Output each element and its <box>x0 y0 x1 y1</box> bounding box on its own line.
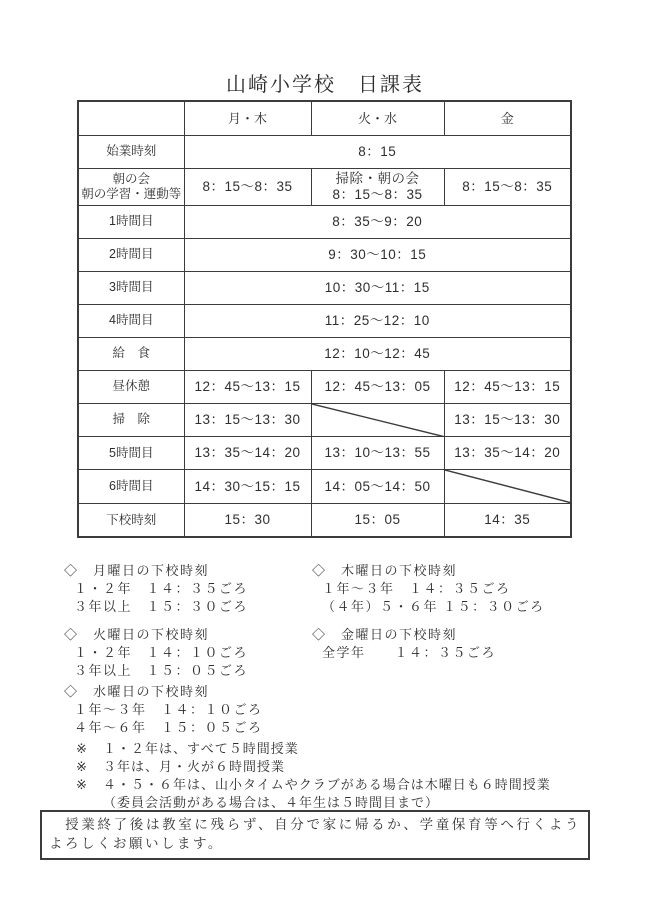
time-cell: 8：15 <box>184 135 571 168</box>
col-header-fri: 金 <box>444 101 571 135</box>
note-line: 全学年 １４：３５ごろ <box>312 644 496 662</box>
time-cell: 11：25～12：10 <box>184 304 571 337</box>
remark-text: １・２年は、すべて５時間授業 <box>103 740 551 758</box>
table-row: 昼休憩 12：45～13：15 12：45～13：05 12：45～13：15 <box>78 370 571 403</box>
note-title: ◇ 木曜日の下校時刻 <box>312 562 545 580</box>
time-cell: 8：15～8：35 <box>444 168 571 205</box>
remark-item: ※ ４・５・６年は、山小タイムやクラブがある場合は木曜日も６時間授業 <box>76 776 551 794</box>
time-cell: 15：05 <box>311 503 444 537</box>
time-cell: 13：15～13：30 <box>184 403 311 437</box>
time-cell: 12：45～13：05 <box>311 370 444 403</box>
schedule-table: 月・木 火・水 金 始業時刻 8：15 朝の会 朝の学習・運動等 8：15～8：… <box>77 100 572 538</box>
dismissal-note-monday: ◇ 月曜日の下校時刻 １・２年 １４：３５ごろ ３年以上 １５：３０ごろ <box>64 562 248 616</box>
crossed-out-cell <box>444 470 571 504</box>
table-row: 6時間目 14：30～15：15 14：05～14：50 <box>78 470 571 504</box>
table-row: 給 食 12：10～12：45 <box>78 337 571 370</box>
table-row: 3時間目 10：30～11：15 <box>78 271 571 304</box>
time-cell: 掃除・朝の会 8：15～8：35 <box>311 168 444 205</box>
row-label: 2時間目 <box>78 238 184 271</box>
time-cell: 9：30～10：15 <box>184 238 571 271</box>
note-line: ４年～６年 １５：０５ごろ <box>64 719 263 737</box>
remarks-list: ※ １・２年は、すべて５時間授業 ※ ３年は、月・火が６時間授業 ※ ４・５・６… <box>76 740 551 812</box>
row-label: 掃 除 <box>78 403 184 437</box>
note-line: １年～３年 １４：１０ごろ <box>64 701 263 719</box>
remark-bullet: ※ <box>76 758 103 776</box>
page: 山崎小学校 日課表 月・木 火・水 金 始業時刻 8：15 朝の会 朝の学習・運… <box>0 0 650 919</box>
remark-item: ※ ３年は、月・火が６時間授業 <box>76 758 551 776</box>
table-header-row: 月・木 火・水 金 <box>78 101 571 135</box>
notice-text: 授業終了後は教室に残らず、自分で家に帰るか、学童保育等へ行くようよろしくお願いし… <box>49 817 581 851</box>
col-header-tue-wed: 火・水 <box>311 101 444 135</box>
note-line: ３年以上 １５：３０ごろ <box>64 598 248 616</box>
col-header-mon-thu: 月・木 <box>184 101 311 135</box>
notice-box: 授業終了後は教室に残らず、自分で家に帰るか、学童保育等へ行くようよろしくお願いし… <box>40 810 590 860</box>
row-label: 6時間目 <box>78 470 184 504</box>
table-row: 5時間目 13：35～14：20 13：10～13：55 13：35～14：20 <box>78 437 571 470</box>
time-cell: 14：05～14：50 <box>311 470 444 504</box>
row-label: 1時間目 <box>78 205 184 238</box>
time-cell: 14：35 <box>444 503 571 537</box>
table-row: 2時間目 9：30～10：15 <box>78 238 571 271</box>
diagonal-line-icon <box>445 470 571 503</box>
note-title: ◇ 月曜日の下校時刻 <box>64 562 248 580</box>
row-label: 5時間目 <box>78 437 184 470</box>
diagonal-line-icon <box>312 404 444 437</box>
time-cell: 15：30 <box>184 503 311 537</box>
note-title: ◇ 金曜日の下校時刻 <box>312 626 496 644</box>
time-cell: 12：45～13：15 <box>184 370 311 403</box>
time-cell: 13：35～14：20 <box>184 437 311 470</box>
dismissal-note-friday: ◇ 金曜日の下校時刻 全学年 １４：３５ごろ <box>312 626 496 662</box>
note-line: （４年）５・６年 １５：３０ごろ <box>312 598 545 616</box>
row-label: 4時間目 <box>78 304 184 337</box>
note-title: ◇ 水曜日の下校時刻 <box>64 683 263 701</box>
remark-bullet: ※ <box>76 776 103 794</box>
time-cell: 12：45～13：15 <box>444 370 571 403</box>
dismissal-note-tuesday: ◇ 火曜日の下校時刻 １・２年 １４：１０ごろ ３年以上 １５：０５ごろ <box>64 626 248 680</box>
remark-item: ※ １・２年は、すべて５時間授業 <box>76 740 551 758</box>
dismissal-note-wednesday: ◇ 水曜日の下校時刻 １年～３年 １４：１０ごろ ４年～６年 １５：０５ごろ <box>64 683 263 737</box>
time-cell: 12：10～12：45 <box>184 337 571 370</box>
time-cell: 8：15～8：35 <box>184 168 311 205</box>
row-label: 3時間目 <box>78 271 184 304</box>
row-label: 朝の会 朝の学習・運動等 <box>78 168 184 205</box>
time-cell: 13：35～14：20 <box>444 437 571 470</box>
table-row: 掃 除 13：15～13：30 13：15～13：30 <box>78 403 571 437</box>
table-row: 始業時刻 8：15 <box>78 135 571 168</box>
row-label: 給 食 <box>78 337 184 370</box>
table-row: 朝の会 朝の学習・運動等 8：15～8：35 掃除・朝の会 8：15～8：35 … <box>78 168 571 205</box>
row-label: 昼休憩 <box>78 370 184 403</box>
note-line: ３年以上 １５：０５ごろ <box>64 662 248 680</box>
time-cell: 14：30～15：15 <box>184 470 311 504</box>
remark-text: ３年は、月・火が６時間授業 <box>103 758 551 776</box>
time-cell: 8：35～9：20 <box>184 205 571 238</box>
page-title: 山崎小学校 日課表 <box>0 68 650 97</box>
row-label: 下校時刻 <box>78 503 184 537</box>
time-cell: 10：30～11：15 <box>184 271 571 304</box>
crossed-out-cell <box>311 403 444 437</box>
corner-cell <box>78 101 184 135</box>
table-row: 下校時刻 15：30 15：05 14：35 <box>78 503 571 537</box>
note-title: ◇ 火曜日の下校時刻 <box>64 626 248 644</box>
note-line: １年～３年 １４：３５ごろ <box>312 580 545 598</box>
note-line: １・２年 １４：３５ごろ <box>64 580 248 598</box>
row-label: 始業時刻 <box>78 135 184 168</box>
table-row: 1時間目 8：35～9：20 <box>78 205 571 238</box>
time-cell: 13：15～13：30 <box>444 403 571 437</box>
remark-text: ４・５・６年は、山小タイムやクラブがある場合は木曜日も６時間授業 <box>103 776 551 794</box>
note-line: １・２年 １４：１０ごろ <box>64 644 248 662</box>
remark-bullet: ※ <box>76 740 103 758</box>
time-cell: 13：10～13：55 <box>311 437 444 470</box>
dismissal-note-thursday: ◇ 木曜日の下校時刻 １年～３年 １４：３５ごろ （４年）５・６年 １５：３０ご… <box>312 562 545 616</box>
table-row: 4時間目 11：25～12：10 <box>78 304 571 337</box>
